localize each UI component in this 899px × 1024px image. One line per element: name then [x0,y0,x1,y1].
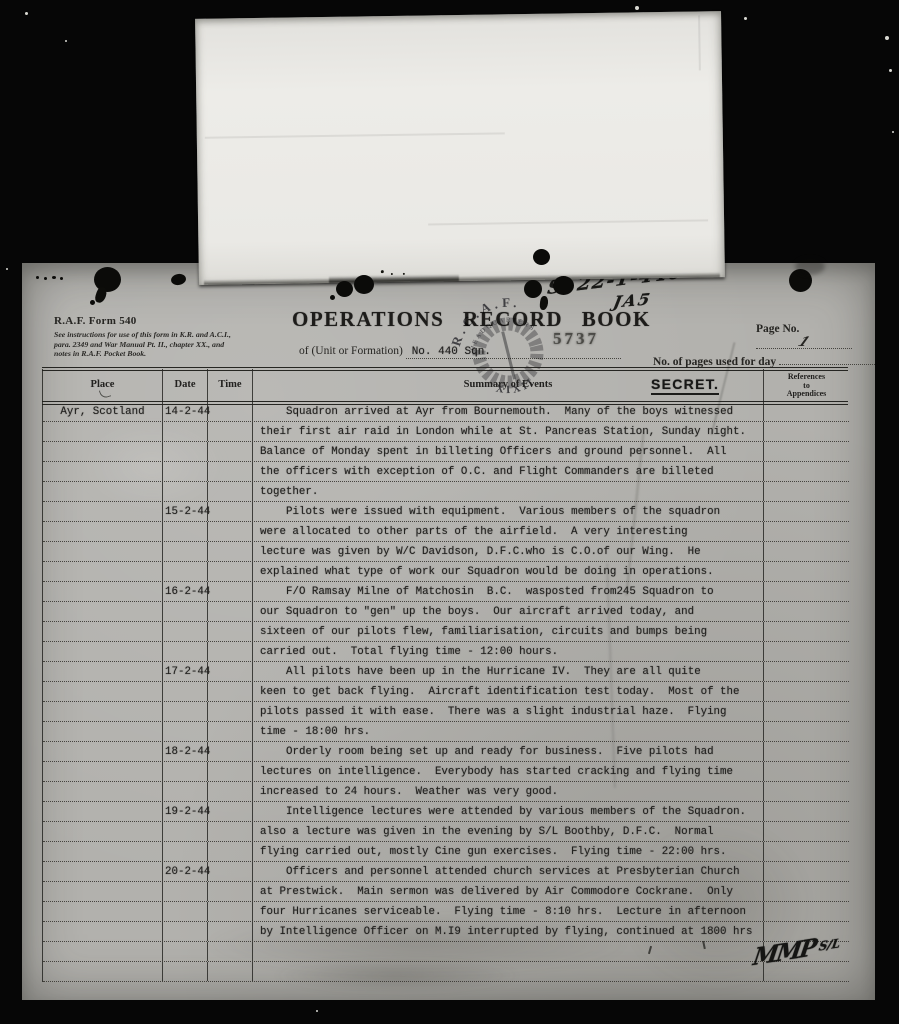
table-row: carried out. Total flying time - 12:00 h… [43,642,849,662]
cell-date: 20-2-44 [163,862,208,881]
table-row: flying carried out, mostly Cine gun exer… [43,842,849,862]
pages-used-line: No. of pages used for day [653,351,875,368]
col-header-time: Time [208,369,253,402]
cell-refs [764,542,849,561]
cell-refs [764,722,849,741]
cell-refs [764,442,849,461]
film-speck [889,69,892,72]
film-speck [635,6,639,10]
cell-summary: our Squadron to "gen" up the boys. Our a… [253,602,764,621]
cell-place: Ayr, Scotland [43,402,163,421]
table-row: lecture was given by W/C Davidson, D.F.C… [43,542,849,562]
cell-date: 16-2-44 [163,582,208,601]
cell-date [163,942,208,961]
cell-place [43,662,163,681]
form-instructions-line: para. 2349 and War Manual Pt. II., chapt… [54,340,294,350]
cell-summary: Squadron arrived at Ayr from Bournemouth… [253,402,764,421]
table-body: Ayr, Scotland14-2-44Squadron arrived at … [43,402,849,982]
handwritten-initials: JA5 [612,289,654,311]
table-row: 16-2-44F/O Ramsay Milne of Matchosin B.C… [43,582,849,602]
cell-date [163,422,208,441]
cell-date [163,782,208,801]
cell-refs [764,742,849,761]
operations-record-book-page: R.A.F. Form 540 See instructions for use… [22,263,875,1000]
punch-hole-mark [354,275,374,294]
film-speck [6,268,8,270]
cell-place [43,902,163,921]
cell-time [208,882,253,901]
cell-date [163,822,208,841]
ink-dot [60,277,63,280]
cell-place [43,882,163,901]
table-row: their first air raid in London while at … [43,422,849,442]
cell-place [43,422,163,441]
cell-place [43,462,163,481]
cell-time [208,502,253,521]
film-speck [316,1010,318,1012]
table-row: together. [43,482,849,502]
ink-dot [36,276,39,279]
cell-time [208,542,253,561]
cell-refs [764,682,849,701]
sheet-fold [698,15,701,70]
cell-refs [764,422,849,441]
table-row: our Squadron to "gen" up the boys. Our a… [43,602,849,622]
table-row: also a lecture was given in the evening … [43,822,849,842]
table-row: Balance of Monday spent in billeting Off… [43,442,849,462]
cell-summary: keen to get back flying. Aircraft identi… [253,682,764,701]
cell-summary: pilots passed it with ease. There was a … [253,702,764,721]
ink-dot [330,295,335,300]
film-speck [885,36,889,40]
record-table: Place Date Time Summary of Events Refere… [42,369,849,982]
table-row: four Hurricanes serviceable. Flying time… [43,902,849,922]
col-header-references-line: Appendices [764,390,849,399]
table-row: pilots passed it with ease. There was a … [43,702,849,722]
cell-date: 17-2-44 [163,662,208,681]
cell-date: 18-2-44 [163,742,208,761]
cell-summary [253,962,764,981]
punch-hole-mark [533,249,550,265]
cell-place [43,942,163,961]
cell-summary: Orderly room being set up and ready for … [253,742,764,761]
blank-paper-sheet [195,11,725,285]
cell-summary: time - 18:00 hrs. [253,722,764,741]
cell-summary: Intelligence lectures were attended by v… [253,802,764,821]
table-row: 18-2-44Orderly room being set up and rea… [43,742,849,762]
cell-date [163,482,208,501]
cell-refs [764,582,849,601]
cell-summary: carried out. Total flying time - 12:00 h… [253,642,764,661]
cell-summary: F/O Ramsay Milne of Matchosin B.C. waspo… [253,582,764,601]
cell-refs [764,522,849,541]
cell-place [43,782,163,801]
cell-refs [764,762,849,781]
cell-refs [764,782,849,801]
cell-time [208,842,253,861]
cell-time [208,622,253,641]
cell-summary: sixteen of our pilots flew, familiarisat… [253,622,764,641]
cell-time [208,642,253,661]
cell-time [208,662,253,681]
cell-refs [764,462,849,481]
cell-date [163,622,208,641]
table-header-row: Place Date Time Summary of Events Refere… [43,369,849,402]
cell-date [163,542,208,561]
unit-label: of (Unit or Formation) [299,345,403,357]
cell-date [163,722,208,741]
cell-date [163,902,208,921]
cell-place [43,482,163,501]
cell-summary: Officers and personnel attended church s… [253,862,764,881]
cell-place [43,622,163,641]
cell-date [163,842,208,861]
cell-place [43,922,163,941]
cell-summary: together. [253,482,764,501]
table-row: increased to 24 hours. Weather was very … [43,782,849,802]
cell-time [208,522,253,541]
cell-time [208,682,253,701]
table-row: at Prestwick. Main sermon was delivered … [43,882,849,902]
cell-refs [764,402,849,421]
table-row: keen to get back flying. Aircraft identi… [43,682,849,702]
punch-hole-mark [553,276,574,295]
cell-date [163,442,208,461]
microfilm-frame: R.A.F. Form 540 See instructions for use… [0,0,899,1024]
cell-time [208,742,253,761]
cell-time [208,902,253,921]
table-row: 19-2-44Intelligence lectures were attend… [43,802,849,822]
cell-summary: increased to 24 hours. Weather was very … [253,782,764,801]
form-instructions-line: See instructions for use of this form in… [54,330,294,340]
cell-refs [764,802,849,821]
cell-time [208,962,253,981]
cell-time [208,862,253,881]
cell-place [43,682,163,701]
cell-time [208,822,253,841]
form-instructions: See instructions for use of this form in… [54,330,294,359]
cell-time [208,762,253,781]
cell-time [208,562,253,581]
cell-time [208,602,253,621]
cell-time [208,462,253,481]
col-header-references: References to Appendices [764,369,849,402]
cell-place [43,862,163,881]
cell-refs [764,502,849,521]
cell-place [43,802,163,821]
cell-place [43,822,163,841]
cell-place [43,762,163,781]
cell-refs [764,702,849,721]
ink-dot [52,276,56,279]
cell-place [43,502,163,521]
cell-summary: also a lecture was given in the evening … [253,822,764,841]
cell-refs [764,882,849,901]
table-row: Ayr, Scotland14-2-44Squadron arrived at … [43,402,849,422]
cell-refs [764,482,849,501]
cell-refs [764,622,849,641]
ink-dot [44,277,47,280]
form-number: R.A.F. Form 540 [54,315,137,327]
cell-date: 19-2-44 [163,802,208,821]
cell-date [163,922,208,941]
table-row: were allocated to other parts of the air… [43,522,849,542]
punch-hole-mark [336,281,353,297]
cell-place [43,642,163,661]
cell-place [43,542,163,561]
cell-refs [764,602,849,621]
col-header-date: Date [163,369,208,402]
cell-summary: flying carried out, mostly Cine gun exer… [253,842,764,861]
cell-summary: by Intelligence Officer on M.I9 interrup… [253,922,764,941]
cell-date [163,522,208,541]
cell-place [43,742,163,761]
ink-smear [795,258,825,275]
cell-place [43,722,163,741]
table-row: 15-2-44Pilots were issued with equipment… [43,502,849,522]
film-speck [744,17,747,20]
cell-date [163,882,208,901]
cell-refs [764,662,849,681]
cell-date [163,462,208,481]
cell-date: 14-2-44 [163,402,208,421]
film-speck [25,12,28,15]
ink-dot [381,270,384,273]
cell-summary: explained what type of work our Squadron… [253,562,764,581]
cell-date [163,682,208,701]
table-row [43,962,849,982]
cell-refs [764,822,849,841]
table-row: sixteen of our pilots flew, familiarisat… [43,622,849,642]
table-row: lectures on intelligence. Everybody has … [43,762,849,782]
table-row: time - 18:00 hrs. [43,722,849,742]
cell-summary: Balance of Monday spent in billeting Off… [253,442,764,461]
cell-time [208,422,253,441]
cell-refs [764,862,849,881]
cell-place [43,442,163,461]
table-row: 20-2-44Officers and personnel attended c… [43,862,849,882]
table-row: 17-2-44All pilots have been up in the Hu… [43,662,849,682]
cell-summary: four Hurricanes serviceable. Flying time… [253,902,764,921]
cell-time [208,482,253,501]
cell-refs [764,642,849,661]
cell-summary: the officers with exception of O.C. and … [253,462,764,481]
table-row [43,942,849,962]
film-speck [892,131,894,133]
cell-place [43,522,163,541]
page-number-value: 1 [795,335,812,350]
cell-summary: lectures on intelligence. Everybody has … [253,762,764,781]
page-number-label: Page No. [756,323,799,335]
table-row: by Intelligence Officer on M.I9 interrup… [43,922,849,942]
cell-time [208,722,253,741]
cell-summary [253,942,764,961]
punch-hole-mark [524,280,542,298]
cell-place [43,562,163,581]
cell-time [208,782,253,801]
sheet-fold [428,219,708,225]
cell-refs [764,562,849,581]
cell-place [43,962,163,981]
cell-date [163,602,208,621]
form-instructions-line: notes in R.A.F. Pocket Book. [54,349,294,359]
cell-time [208,922,253,941]
cell-refs [764,902,849,921]
page-number-line: Page No. 1 [756,323,875,349]
cell-refs [764,842,849,861]
cell-summary: were allocated to other parts of the air… [253,522,764,541]
film-speck [65,40,67,42]
cell-date [163,702,208,721]
secret-stamp: SECRET. [651,376,719,395]
cell-date [163,962,208,981]
cell-time [208,442,253,461]
cell-date: 15-2-44 [163,502,208,521]
cell-date [163,762,208,781]
cell-summary: Pilots were issued with equipment. Vario… [253,502,764,521]
cell-time [208,702,253,721]
cell-place [43,602,163,621]
cell-time [208,802,253,821]
cell-date [163,642,208,661]
cell-summary: lecture was given by W/C Davidson, D.F.C… [253,542,764,561]
cell-summary: their first air raid in London while at … [253,422,764,441]
cell-time [208,582,253,601]
cell-time [208,942,253,961]
cell-summary: at Prestwick. Main sermon was delivered … [253,882,764,901]
table-row: explained what type of work our Squadron… [43,562,849,582]
cell-summary: All pilots have been up in the Hurricane… [253,662,764,681]
cell-date [163,562,208,581]
ink-dot [90,300,95,305]
sheet-fold [205,132,505,138]
cell-time [208,402,253,421]
cell-place [43,582,163,601]
signature-rank: S/L [818,936,842,954]
table-row: the officers with exception of O.C. and … [43,462,849,482]
cell-place [43,842,163,861]
cell-place [43,702,163,721]
